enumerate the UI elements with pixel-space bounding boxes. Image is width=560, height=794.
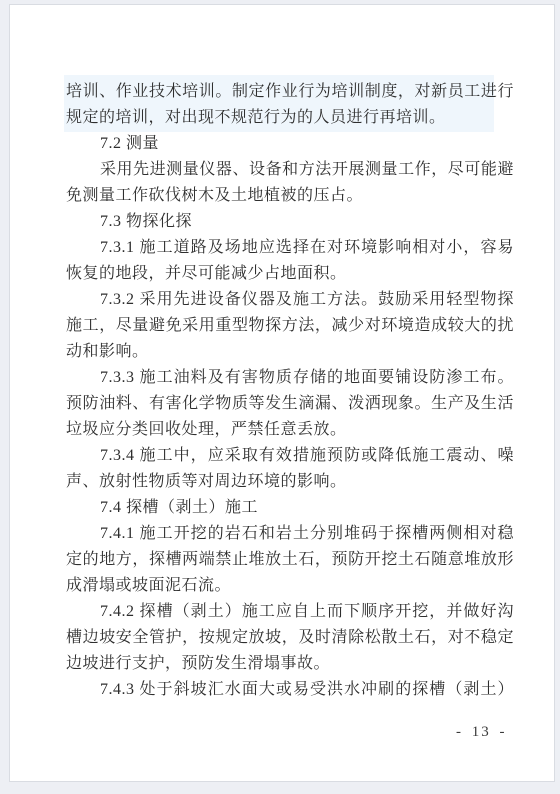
text-line: 培训、作业技术培训。制定作业行为培训制度，对新员工进行 <box>66 79 514 105</box>
text-line: 7.3.3 施工油料及有害物质存储的地面要铺设防渗工布。 <box>66 365 514 391</box>
text-line: 采用先进测量仪器、设备和方法开展测量工作，尽可能避 <box>66 157 514 183</box>
section-heading: 7.2 测量 <box>66 131 514 157</box>
text-line: 边坡进行支护，预防发生滑塌事故。 <box>66 651 514 677</box>
text-line: 施工，尽量避免采用重型物探方法，减少对环境造成较大的扰 <box>66 313 514 339</box>
text-line: 预防油料、有害化学物质等发生滴漏、泼洒现象。生产及生活 <box>66 391 514 417</box>
text-line: 7.4.1 施工开挖的岩石和岩土分别堆码于探槽两侧相对稳 <box>66 521 514 547</box>
text-line: 7.4.3 处于斜坡汇水面大或易受洪水冲刷的探槽（剥土） <box>66 677 514 703</box>
text-line: 免测量工作砍伐树木及土地植被的压占。 <box>66 183 514 209</box>
text-line: 恢复的地段，并尽可能减少占地面积。 <box>66 261 514 287</box>
text-line: 声、放射性物质等对周边环境的影响。 <box>66 469 514 495</box>
document-text-block: 培训、作业技术培训。制定作业行为培训制度，对新员工进行 规定的培训，对出现不规范… <box>66 79 514 703</box>
text-line: 7.4.2 探槽（剥土）施工应自上而下顺序开挖，并做好沟 <box>66 599 514 625</box>
text-line: 成滑塌或坡面泥石流。 <box>66 573 514 599</box>
scanned-document-canvas: 培训、作业技术培训。制定作业行为培训制度，对新员工进行 规定的培训，对出现不规范… <box>0 0 560 794</box>
text-line: 7.3.1 施工道路及场地应选择在对环境影响相对小，容易 <box>66 235 514 261</box>
text-line: 规定的培训，对出现不规范行为的人员进行再培训。 <box>66 105 514 131</box>
text-line: 7.3.2 采用先进设备仪器及施工方法。鼓励采用轻型物探 <box>66 287 514 313</box>
text-line: 槽边坡安全管护，按规定放坡，及时清除松散土石，对不稳定 <box>66 625 514 651</box>
text-line: 7.3.4 施工中，应采取有效措施预防或降低施工震动、噪 <box>66 443 514 469</box>
text-line: 垃圾应分类回收处理，严禁任意丢放。 <box>66 417 514 443</box>
section-heading: 7.3 物探化探 <box>66 209 514 235</box>
section-heading: 7.4 探槽（剥土）施工 <box>66 495 514 521</box>
text-line: 定的地方，探槽两端禁止堆放土石，预防开挖土石随意堆放形 <box>66 547 514 573</box>
page-number: - 13 - <box>456 721 507 743</box>
document-page: 培训、作业技术培训。制定作业行为培训制度，对新员工进行 规定的培训，对出现不规范… <box>9 4 555 782</box>
text-line: 动和影响。 <box>66 339 514 365</box>
